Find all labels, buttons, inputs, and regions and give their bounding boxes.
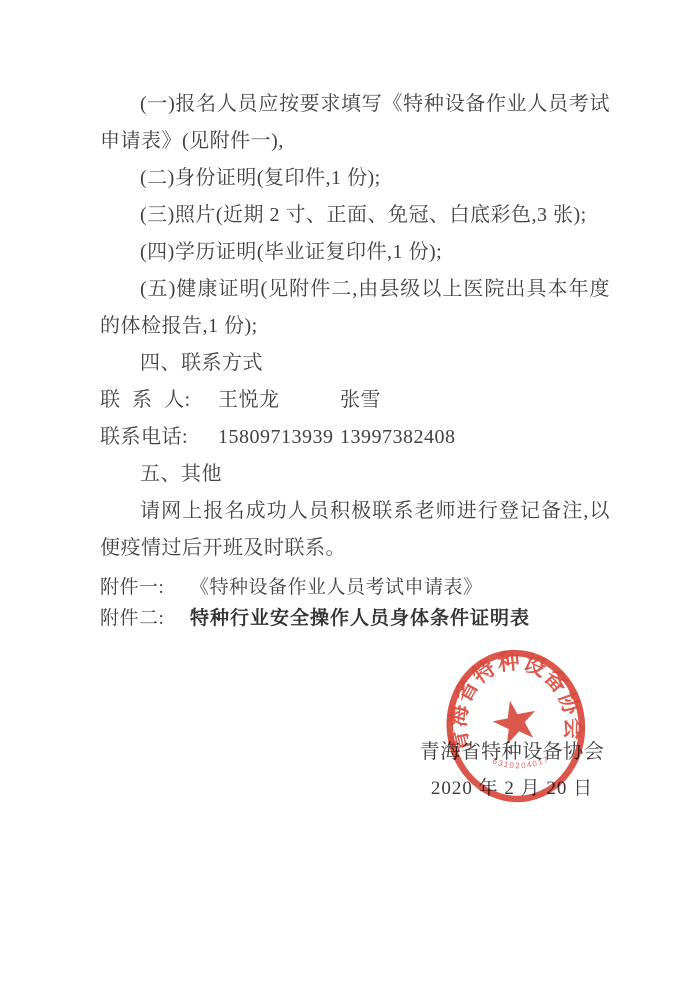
contact-person-label: 联 系 人: (100, 382, 218, 419)
paragraph-item-1: (一)报名人员应按要求填写《特种设备作业人员考试申请表》(见附件一), (100, 86, 610, 160)
paragraph-item-2: (二)身份证明(复印件,1 份); (100, 160, 610, 197)
document-page: (一)报名人员应按要求填写《特种设备作业人员考试申请表》(见附件一), (二)身… (0, 0, 700, 990)
document-body: (一)报名人员应按要求填写《特种设备作业人员考试申请表》(见附件一), (二)身… (100, 86, 610, 634)
seal-star-icon (491, 698, 539, 745)
section-heading-other: 五、其他 (100, 456, 610, 493)
attachment-row-1: 附件一: 《特种设备作业人员考试申请表》 (100, 572, 610, 603)
contact-person-row: 联 系 人: 王悦龙 张雪 (100, 382, 610, 419)
attachment-2-title: 特种行业安全操作人员身体条件证明表 (190, 603, 530, 634)
contact-phone-1: 15809713939 (218, 419, 340, 456)
seal-ring-text: 青海省特种设备协会 (437, 642, 588, 755)
seal-serial-number: 6310204017 (490, 751, 551, 774)
paragraph-item-3: (三)照片(近期 2 寸、正面、免冠、白底彩色,3 张); (100, 197, 610, 234)
attachment-row-2: 附件二: 特种行业安全操作人员身体条件证明表 (100, 603, 610, 634)
contact-phone-2: 13997382408 (340, 419, 456, 456)
contact-phone-label: 联系电话: (100, 419, 218, 456)
attachment-1-title: 《特种设备作业人员考试申请表》 (190, 572, 483, 603)
seal-ring-text-wrap: 青海省特种设备协会 (437, 642, 588, 755)
attachments-list: 附件一: 《特种设备作业人员考试申请表》 附件二: 特种行业安全操作人员身体条件… (100, 572, 610, 634)
attachment-1-label: 附件一: (100, 572, 190, 603)
contact-person-1: 王悦龙 (218, 382, 340, 419)
paragraph-item-5: (五)健康证明(见附件二,由县级以上医院出具本年度的体检报告,1 份); (100, 271, 610, 345)
official-seal: 青海省特种设备协会 6310204017 (433, 638, 599, 818)
paragraph-other: 请网上报名成功人员积极联系老师进行登记备注,以便疫情过后开班及时联系。 (100, 493, 610, 567)
contact-phone-row: 联系电话: 15809713939 13997382408 (100, 419, 610, 456)
section-heading-contact: 四、联系方式 (100, 345, 610, 382)
contact-person-2: 张雪 (340, 382, 381, 419)
attachment-2-label: 附件二: (100, 603, 190, 634)
seal-serial-wrap: 6310204017 (490, 751, 551, 774)
paragraph-item-4: (四)学历证明(毕业证复印件,1 份); (100, 234, 610, 271)
